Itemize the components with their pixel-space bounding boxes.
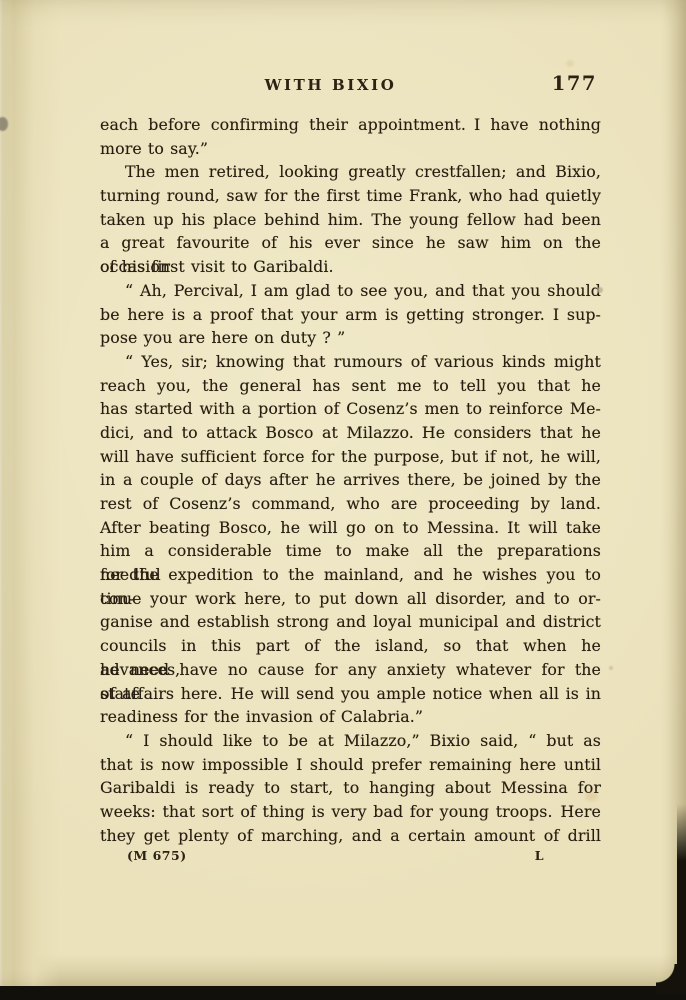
- text-line: for the expedition to the mainland, and …: [100, 563, 601, 587]
- page-header: WITH BIXIO 177: [100, 72, 601, 98]
- text-line: Garibaldi is ready to start, to hanging …: [100, 776, 601, 800]
- text-line: they get plenty of marching, and a certa…: [100, 824, 601, 848]
- text-line: rest of Cosenz’s command, who are procee…: [100, 492, 601, 516]
- text-line: that is now impossible I should prefer r…: [100, 753, 601, 777]
- signature-mark: L: [535, 848, 544, 866]
- text-line: has started with a portion of Cosenz’s m…: [100, 397, 601, 421]
- page-content: WITH BIXIO 177 each before confirming th…: [100, 0, 601, 994]
- text-line: tinue your work here, to put down all di…: [100, 587, 601, 611]
- text-line: “ Ah, Percival, I am glad to see you, an…: [100, 279, 601, 303]
- text-line: will have sufficient force for the purpo…: [100, 445, 601, 469]
- text-line: a great favourite of his ever since he s…: [100, 231, 601, 255]
- text-line: he need have no cause for any anxiety wh…: [100, 658, 601, 682]
- paper-stain: [585, 792, 598, 801]
- text-line: turning round, saw for the first time Fr…: [100, 184, 601, 208]
- paper-speck: [609, 666, 613, 670]
- text-line: dici, and to attack Bosco at Milazzo. He…: [100, 421, 601, 445]
- scan-edge-bottom: [0, 986, 686, 994]
- text-line: “ I should like to be at Milazzo,” Bixio…: [100, 729, 601, 753]
- text-line: more to say.”: [100, 137, 601, 161]
- text-line: After beating Bosco, he will go on to Me…: [100, 516, 601, 540]
- text-line: councils in this part of the island, so …: [100, 634, 601, 658]
- scan-corner-bottom-right: [656, 964, 686, 994]
- text-line: weeks: that sort of thing is very bad fo…: [100, 800, 601, 824]
- text-line: be here is a proof that your arm is gett…: [100, 303, 601, 327]
- text-line: “ Yes, sir; knowing that rumours of vari…: [100, 350, 601, 374]
- page-footer: (M 675) L: [100, 848, 601, 866]
- text-line: taken up his place behind him. The young…: [100, 208, 601, 232]
- text-line: each before confirming their appointment…: [100, 113, 601, 137]
- text-line: of his first visit to Garibaldi.: [100, 255, 601, 279]
- text-line: of affairs here. He will send you ample …: [100, 682, 601, 706]
- text-line: readiness for the invasion of Calabria.”: [100, 705, 601, 729]
- text-line: The men retired, looking greatly crestfa…: [100, 160, 601, 184]
- text-block: each before confirming their appointment…: [100, 113, 601, 847]
- text-line: ganise and establish strong and loyal mu…: [100, 610, 601, 634]
- running-header-title: WITH BIXIO: [100, 76, 561, 94]
- text-line: in a couple of days after he arrives the…: [100, 468, 601, 492]
- paper-stain: [566, 60, 574, 67]
- book-page: WITH BIXIO 177 each before confirming th…: [0, 0, 686, 994]
- paper-speck: [0, 117, 8, 131]
- page-number: 177: [552, 72, 597, 95]
- text-line: reach you, the general has sent me to te…: [100, 374, 601, 398]
- paper-speck: [597, 287, 603, 293]
- scan-surround: { "document": { "header": { "title": "WI…: [0, 0, 686, 1000]
- printer-mark: (M 675): [127, 848, 187, 866]
- text-line: pose you are here on duty ? ”: [100, 326, 601, 350]
- text-line: him a considerable time to make all the …: [100, 539, 601, 563]
